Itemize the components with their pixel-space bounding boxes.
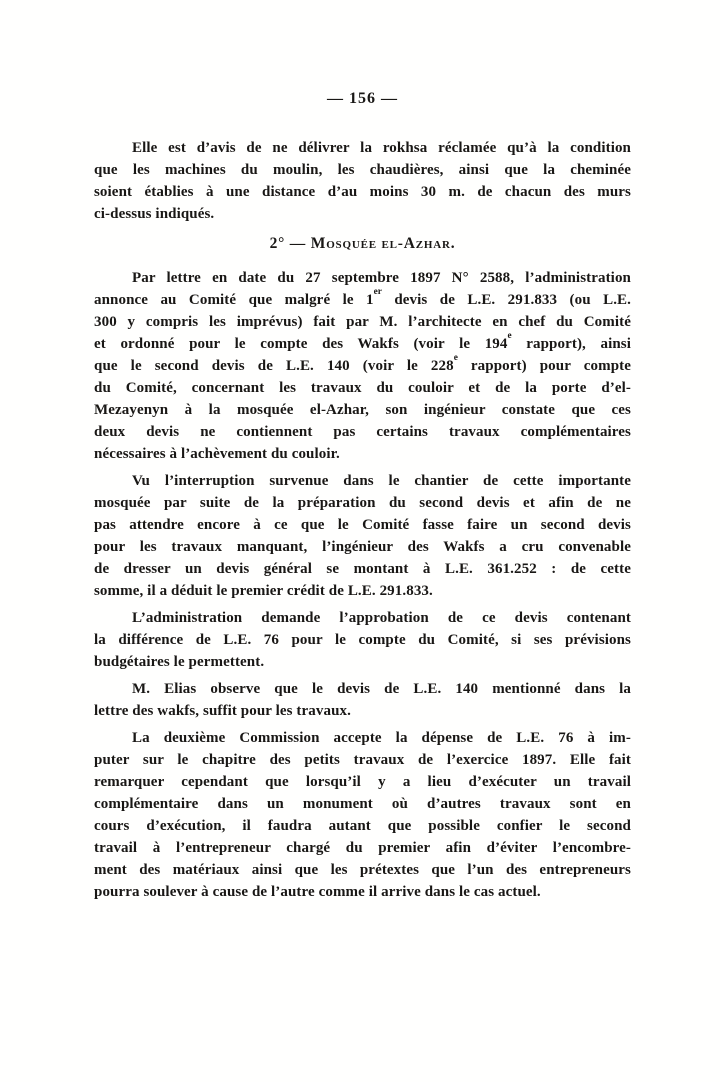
text-line: nécessaires à l’achèvement du couloir. bbox=[94, 443, 631, 465]
text-line: et ordonné pour le compte des Wakfs (voi… bbox=[94, 333, 631, 355]
text-line: M. Elias observe que le devis de L.E. 14… bbox=[94, 678, 631, 700]
text-line: 300 y compris les imprévus) fait par M. … bbox=[94, 311, 631, 333]
page-text: Elle est d’avis de ne délivrer la rokhsa… bbox=[94, 137, 631, 908]
text-line: travail à l’entrepreneur chargé du premi… bbox=[94, 837, 631, 859]
text-line: ment des matériaux ainsi que les prétext… bbox=[94, 859, 631, 881]
text-line: La deuxième Commission accepte la dépens… bbox=[94, 727, 631, 749]
text-line: pour les travaux manquant, l’ingénieur d… bbox=[94, 536, 631, 558]
text-line: annonce au Comité que malgré le 1er devi… bbox=[94, 289, 631, 311]
text-line: la différence de L.E. 76 pour le compte … bbox=[94, 629, 631, 651]
text-line: lettre des wakfs, suffit pour les travau… bbox=[94, 700, 631, 722]
text-line: Mezayenyn à la mosquée el-Azhar, son ing… bbox=[94, 399, 631, 421]
section-heading: 2° — Mosquée el-Azhar. bbox=[94, 235, 631, 253]
text-line: L’administration demande l’approbation d… bbox=[94, 607, 631, 629]
text-line: mosquée par suite de la préparation du s… bbox=[94, 492, 631, 514]
page-number: — 156 — bbox=[94, 90, 631, 108]
text-line: que le second devis de L.E. 140 (voir le… bbox=[94, 355, 631, 377]
text-line: Elle est d’avis de ne délivrer la rokhsa… bbox=[94, 137, 631, 159]
text-line: cours d’exécution, il faudra autant que … bbox=[94, 815, 631, 837]
text-line: remarquer cependant que lorsqu’il y a li… bbox=[94, 771, 631, 793]
text-line: budgétaires le permettent. bbox=[94, 651, 631, 673]
text-line: de dresser un devis général se montant à… bbox=[94, 558, 631, 580]
text-line: puter sur le chapitre des petits travaux… bbox=[94, 749, 631, 771]
text-line: pourra soulever à cause de l’autre comme… bbox=[94, 881, 631, 903]
paragraph: L’administration demande l’approbation d… bbox=[94, 607, 631, 673]
text-line: deux devis ne contiennent pas certains t… bbox=[94, 421, 631, 443]
paragraph: M. Elias observe que le devis de L.E. 14… bbox=[94, 678, 631, 722]
text-line: pas attendre encore à ce que le Comité f… bbox=[94, 514, 631, 536]
text-line: somme, il a déduit le premier crédit de … bbox=[94, 580, 631, 602]
text-line: complémentaire dans un monument où d’aut… bbox=[94, 793, 631, 815]
scanned-book-page: — 156 — Elle est d’avis de ne délivrer l… bbox=[0, 0, 720, 1082]
paragraph: Elle est d’avis de ne délivrer la rokhsa… bbox=[94, 137, 631, 225]
paragraph: Par lettre en date du 27 septembre 1897 … bbox=[94, 267, 631, 465]
text-line: ci-dessus indiqués. bbox=[94, 203, 631, 225]
paragraph: La deuxième Commission accepte la dépens… bbox=[94, 727, 631, 903]
text-line: soient établies à une distance d’au moin… bbox=[94, 181, 631, 203]
paragraph: Vu l’interruption survenue dans le chant… bbox=[94, 470, 631, 602]
text-line: du Comité, concernant les travaux du cou… bbox=[94, 377, 631, 399]
text-line: que les machines du moulin, les chaudièr… bbox=[94, 159, 631, 181]
text-line: Par lettre en date du 27 septembre 1897 … bbox=[94, 267, 631, 289]
text-line: Vu l’interruption survenue dans le chant… bbox=[94, 470, 631, 492]
